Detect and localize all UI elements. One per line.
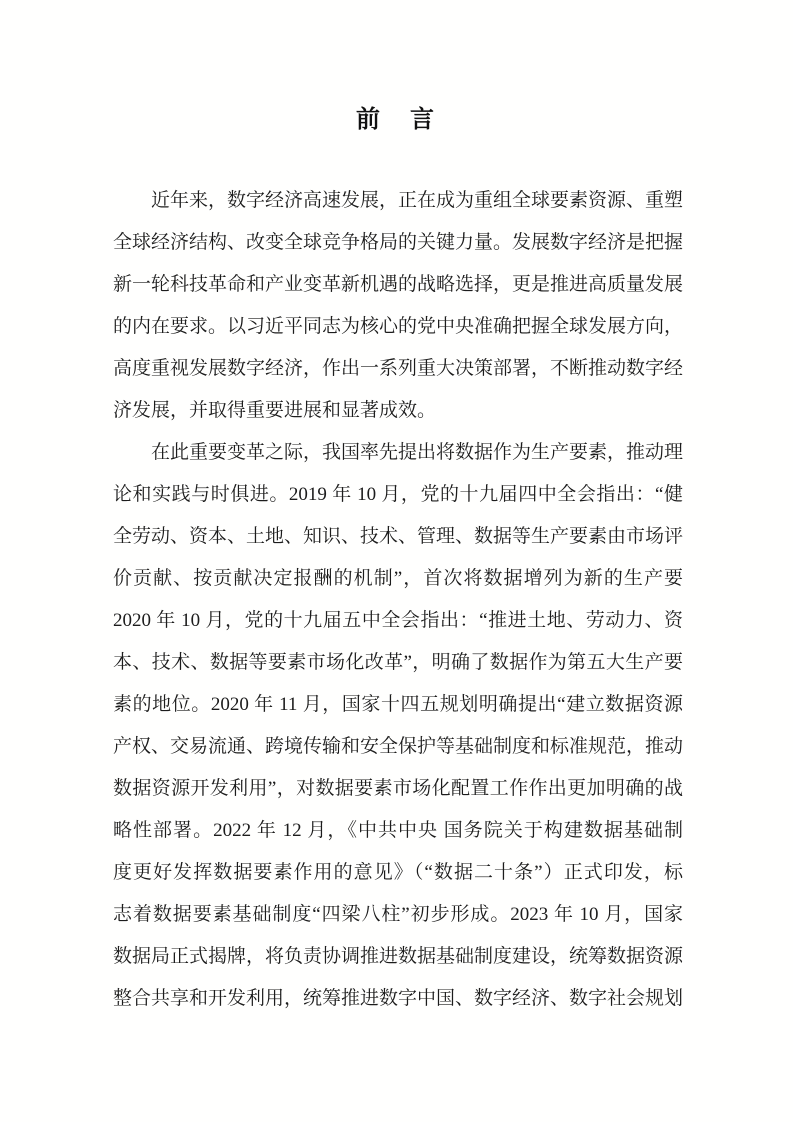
document-page: 前 言 近年来，数字经济高速发展，正在成为重组全球要素资源、重塑 全球经济结构、… (0, 0, 793, 1122)
paragraph-2-line-8: 产权、交易流通、跨境传输和安全保护等基础制度和标准规范，推动 (113, 726, 683, 768)
paragraph-2-line-10: 略性部署。2022 年 12 月，《中共中央 国务院关于构建数据基础制 (113, 810, 683, 852)
paragraph-1-line-4: 的内在要求。以习近平同志为核心的党中央准确把握全球发展方向， (113, 306, 683, 348)
paragraph-2-line-6: 本、技术、数据等要素市场化改革”，明确了数据作为第五大生产要 (113, 642, 683, 684)
paragraph-2-line-9: 数据资源开发利用”，对数据要素市场化配置工作作出更加明确的战 (113, 768, 683, 810)
paragraph-1-line-3: 新一轮科技革命和产业变革新机遇的战略选择，更是推进高质量发展 (113, 264, 683, 306)
document-body: 近年来，数字经济高速发展，正在成为重组全球要素资源、重塑 全球经济结构、改变全球… (113, 180, 683, 1020)
paragraph-2-line-7: 素的地位。2020 年 11 月，国家十四五规划明确提出“建立数据资源 (113, 684, 683, 726)
paragraph-1-line-2: 全球经济结构、改变全球竞争格局的关键力量。发展数字经济是把握 (113, 222, 683, 264)
paragraph-2-line-14: 整合共享和开发利用，统筹推进数字中国、数字经济、数字社会规划 (113, 978, 683, 1020)
paragraph-1-line-1: 近年来，数字经济高速发展，正在成为重组全球要素资源、重塑 (113, 180, 683, 222)
paragraph-1-line-6: 济发展，并取得重要进展和显著成效。 (113, 390, 683, 432)
paragraph-2-line-1: 在此重要变革之际，我国率先提出将数据作为生产要素，推动理 (113, 432, 683, 474)
paragraph-2-line-3: 全劳动、资本、土地、知识、技术、管理、数据等生产要素由市场评 (113, 516, 683, 558)
paragraph-2-line-4: 价贡献、按贡献决定报酬的机制”，首次将数据增列为新的生产要素。 (113, 558, 683, 600)
paragraph-2-line-12: 志着数据要素基础制度“四梁八柱”初步形成。2023 年 10 月，国家 (113, 894, 683, 936)
paragraph-2-line-13: 数据局正式揭牌，将负责协调推进数据基础制度建设，统筹数据资源 (113, 936, 683, 978)
paragraph-2-line-11: 度更好发挥数据要素作用的意见》（“数据二十条”）正式印发，标 (113, 852, 683, 894)
paragraph-2-line-5: 2020 年 10 月，党的十九届五中全会指出：“推进土地、劳动力、资 (113, 600, 683, 642)
paragraph-2-line-2: 论和实践与时俱进。2019 年 10 月，党的十九届四中全会指出：“健 (113, 474, 683, 516)
page-title: 前 言 (0, 99, 793, 134)
paragraph-1-line-5: 高度重视发展数字经济，作出一系列重大决策部署，不断推动数字经 (113, 348, 683, 390)
